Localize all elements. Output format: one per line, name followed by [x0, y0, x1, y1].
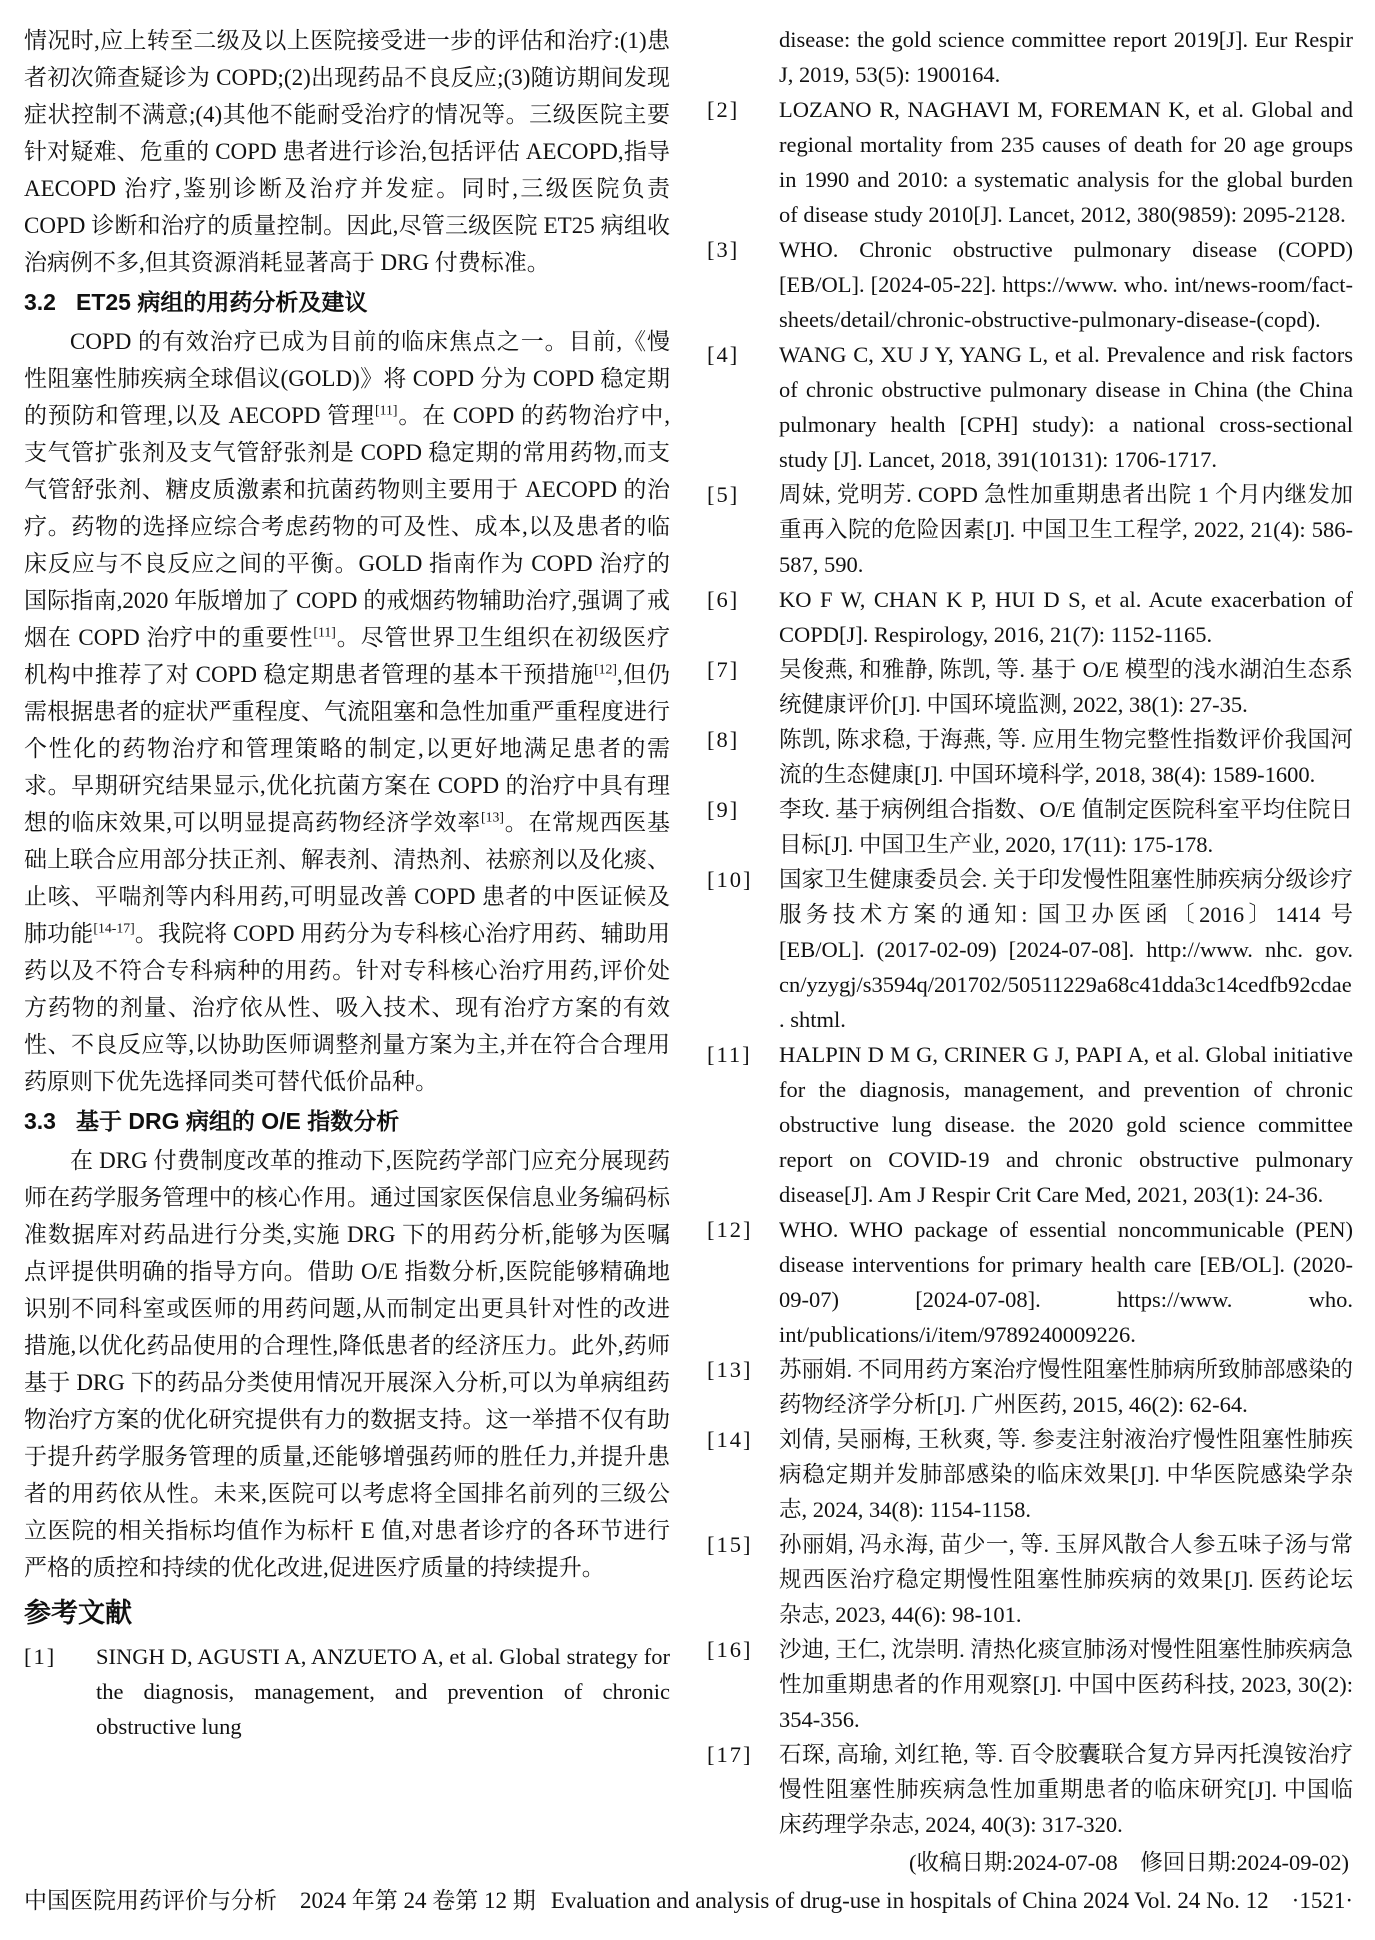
reference-number: [16] — [707, 1632, 753, 1667]
references-heading: 参考文献 — [24, 1589, 670, 1637]
journal-title-en-page-number: Evaluation and analysis of drug-use in h… — [551, 1886, 1353, 1916]
reference-text: WHO. WHO package of essential noncommuni… — [779, 1212, 1353, 1352]
reference-item: [14] 刘倩, 吴丽梅, 王秋爽, 等. 参麦注射液治疗慢性阻塞性肺疾病稳定期… — [707, 1422, 1353, 1527]
reference-number: [1] — [24, 1639, 56, 1674]
reference-item: [15] 孙丽娟, 冯永海, 苗少一, 等. 玉屏风散合人参五味子汤与常规西医治… — [707, 1527, 1353, 1632]
reference-text: HALPIN D M G, CRINER G J, PAPI A, et al.… — [779, 1037, 1353, 1212]
reference-item: [13] 苏丽娟. 不同用药方案治疗慢性阻塞性肺病所致肺部感染的药物经济学分析[… — [707, 1352, 1353, 1422]
page-footer: 中国医院用药评价与分析 2024 年第 24 卷第 12 期 Evaluatio… — [24, 1886, 1353, 1916]
reference-text: 石琛, 高瑜, 刘红艳, 等. 百令胶囊联合复方异丙托溴铵治疗慢性阻塞性肺疾病急… — [779, 1737, 1353, 1842]
reference-item: [4] WANG C, XU J Y, YANG L, et al. Preva… — [707, 337, 1353, 477]
citation-superscript: [11] — [313, 624, 335, 639]
reference-item: [2] LOZANO R, NAGHAVI M, FOREMAN K, et a… — [707, 92, 1353, 232]
reference-number: [12] — [707, 1212, 753, 1247]
reference-text: KO F W, CHAN K P, HUI D S, et al. Acute … — [779, 582, 1353, 652]
reference-item: [7] 吴俊燕, 和雅静, 陈凯, 等. 基于 O/E 模型的浅水湖泊生态系统健… — [707, 652, 1353, 722]
reference-number: [11] — [707, 1037, 752, 1072]
reference-number: [4] — [707, 337, 739, 372]
reference-text: 周妹, 党明芳. COPD 急性加重期患者出院 1 个月内继发加重再入院的危险因… — [779, 477, 1353, 582]
citation-superscript: [14-17] — [93, 920, 134, 935]
reference-number: [5] — [707, 477, 739, 512]
citation-superscript: [13] — [481, 809, 504, 824]
reference-item: [12] WHO. WHO package of essential nonco… — [707, 1212, 1353, 1352]
reference-number: [17] — [707, 1737, 753, 1772]
reference-item: [6] KO F W, CHAN K P, HUI D S, et al. Ac… — [707, 582, 1353, 652]
two-column-layout: 情况时,应上转至二级及以上医院接受进一步的评估和治疗:(1)患者初次筛查疑诊为 … — [24, 22, 1353, 1881]
reference-text: 沙迪, 王仁, 沈崇明. 清热化痰宣肺汤对慢性阻塞性肺疾病急性加重期患者的作用观… — [779, 1632, 1353, 1737]
reference-number: [9] — [707, 792, 739, 827]
reference-item: [16] 沙迪, 王仁, 沈崇明. 清热化痰宣肺汤对慢性阻塞性肺疾病急性加重期患… — [707, 1632, 1353, 1737]
left-column: 情况时,应上转至二级及以上医院接受进一步的评估和治疗:(1)患者初次筛查疑诊为 … — [24, 22, 670, 1881]
section-3-2-title: ET25 病组的用药分析及建议 — [76, 289, 367, 315]
reference-text: 刘倩, 吴丽梅, 王秋爽, 等. 参麦注射液治疗慢性阻塞性肺疾病稳定期并发肺部感… — [779, 1422, 1353, 1527]
reference-item: [10] 国家卫生健康委员会. 关于印发慢性阻塞性肺疾病分级诊疗服务技术方案的通… — [707, 862, 1353, 1037]
reference-number: [15] — [707, 1527, 753, 1562]
reference-number: [6] — [707, 582, 739, 617]
reference-number: [3] — [707, 232, 739, 267]
reference-text: 陈凯, 陈求稳, 于海燕, 等. 应用生物完整性指数评价我国河流的生态健康[J]… — [779, 722, 1353, 792]
received-revised-dates: (收稿日期:2024-07-08 修回日期:2024-09-02) — [707, 1844, 1353, 1881]
reference-text: disease: the gold science committee repo… — [779, 22, 1353, 92]
section-3-3-title: 基于 DRG 病组的 O/E 指数分析 — [76, 1108, 399, 1134]
reference-item: [3] WHO. Chronic obstructive pulmonary d… — [707, 232, 1353, 337]
reference-text: 李玫. 基于病例组合指数、O/E 值制定医院科室平均住院日目标[J]. 中国卫生… — [779, 792, 1353, 862]
reference-text: 孙丽娟, 冯永海, 苗少一, 等. 玉屏风散合人参五味子汤与常规西医治疗稳定期慢… — [779, 1527, 1353, 1632]
reference-item: [11] HALPIN D M G, CRINER G J, PAPI A, e… — [707, 1037, 1353, 1212]
reference-item: [5] 周妹, 党明芳. COPD 急性加重期患者出院 1 个月内继发加重再入院… — [707, 477, 1353, 582]
reference-item: [1] SINGH D, AGUSTI A, ANZUETO A, et al.… — [24, 1639, 670, 1744]
reference-text: SINGH D, AGUSTI A, ANZUETO A, et al. Glo… — [96, 1639, 670, 1744]
reference-number: [2] — [707, 92, 739, 127]
journal-page: 情况时,应上转至二级及以上医院接受进一步的评估和治疗:(1)患者初次筛查疑诊为 … — [0, 0, 1375, 1940]
journal-title-cn: 中国医院用药评价与分析 2024 年第 24 卷第 12 期 — [24, 1886, 536, 1916]
reference-number: [8] — [707, 722, 739, 757]
reference-number: [13] — [707, 1352, 753, 1387]
reference-number: [7] — [707, 652, 739, 687]
section-3-2-number: 3.2 — [24, 289, 56, 315]
reference-item: [8] 陈凯, 陈求稳, 于海燕, 等. 应用生物完整性指数评价我国河流的生态健… — [707, 722, 1353, 792]
section-3-3-heading: 3.3基于 DRG 病组的 O/E 指数分析 — [24, 1101, 670, 1141]
reference-text: 国家卫生健康委员会. 关于印发慢性阻塞性肺疾病分级诊疗服务技术方案的通知: 国卫… — [779, 862, 1353, 1037]
reference-text: 苏丽娟. 不同用药方案治疗慢性阻塞性肺病所致肺部感染的药物经济学分析[J]. 广… — [779, 1352, 1353, 1422]
citation-superscript: [11] — [375, 402, 397, 417]
reference-text: WANG C, XU J Y, YANG L, et al. Prevalenc… — [779, 337, 1353, 477]
reference-number: [14] — [707, 1422, 753, 1457]
section-3-3-paragraph: 在 DRG 付费制度改革的推动下,医院药学部门应充分展现药师在药学服务管理中的核… — [24, 1142, 670, 1586]
reference-number: [10] — [707, 862, 753, 897]
section-3-3-number: 3.3 — [24, 1108, 56, 1134]
references-list: [2] LOZANO R, NAGHAVI M, FOREMAN K, et a… — [707, 92, 1353, 1842]
reference-item: [9] 李玫. 基于病例组合指数、O/E 值制定医院科室平均住院日目标[J]. … — [707, 792, 1353, 862]
section-3-2-paragraph: COPD 的有效治疗已成为目前的临床焦点之一。目前,《慢性阻塞性肺疾病全球倡议(… — [24, 323, 670, 1100]
reference-text: WHO. Chronic obstructive pulmonary disea… — [779, 232, 1353, 337]
section-3-2-heading: 3.2ET25 病组的用药分析及建议 — [24, 282, 670, 322]
reference-1-continuation: disease: the gold science committee repo… — [707, 22, 1353, 92]
right-column: disease: the gold science committee repo… — [707, 22, 1353, 1881]
intro-paragraph: 情况时,应上转至二级及以上医院接受进一步的评估和治疗:(1)患者初次筛查疑诊为 … — [24, 22, 670, 281]
reference-text: LOZANO R, NAGHAVI M, FOREMAN K, et al. G… — [779, 92, 1353, 232]
citation-superscript: [12] — [594, 661, 617, 676]
reference-item: [17] 石琛, 高瑜, 刘红艳, 等. 百令胶囊联合复方异丙托溴铵治疗慢性阻塞… — [707, 1737, 1353, 1842]
reference-text: 吴俊燕, 和雅静, 陈凯, 等. 基于 O/E 模型的浅水湖泊生态系统健康评价[… — [779, 652, 1353, 722]
